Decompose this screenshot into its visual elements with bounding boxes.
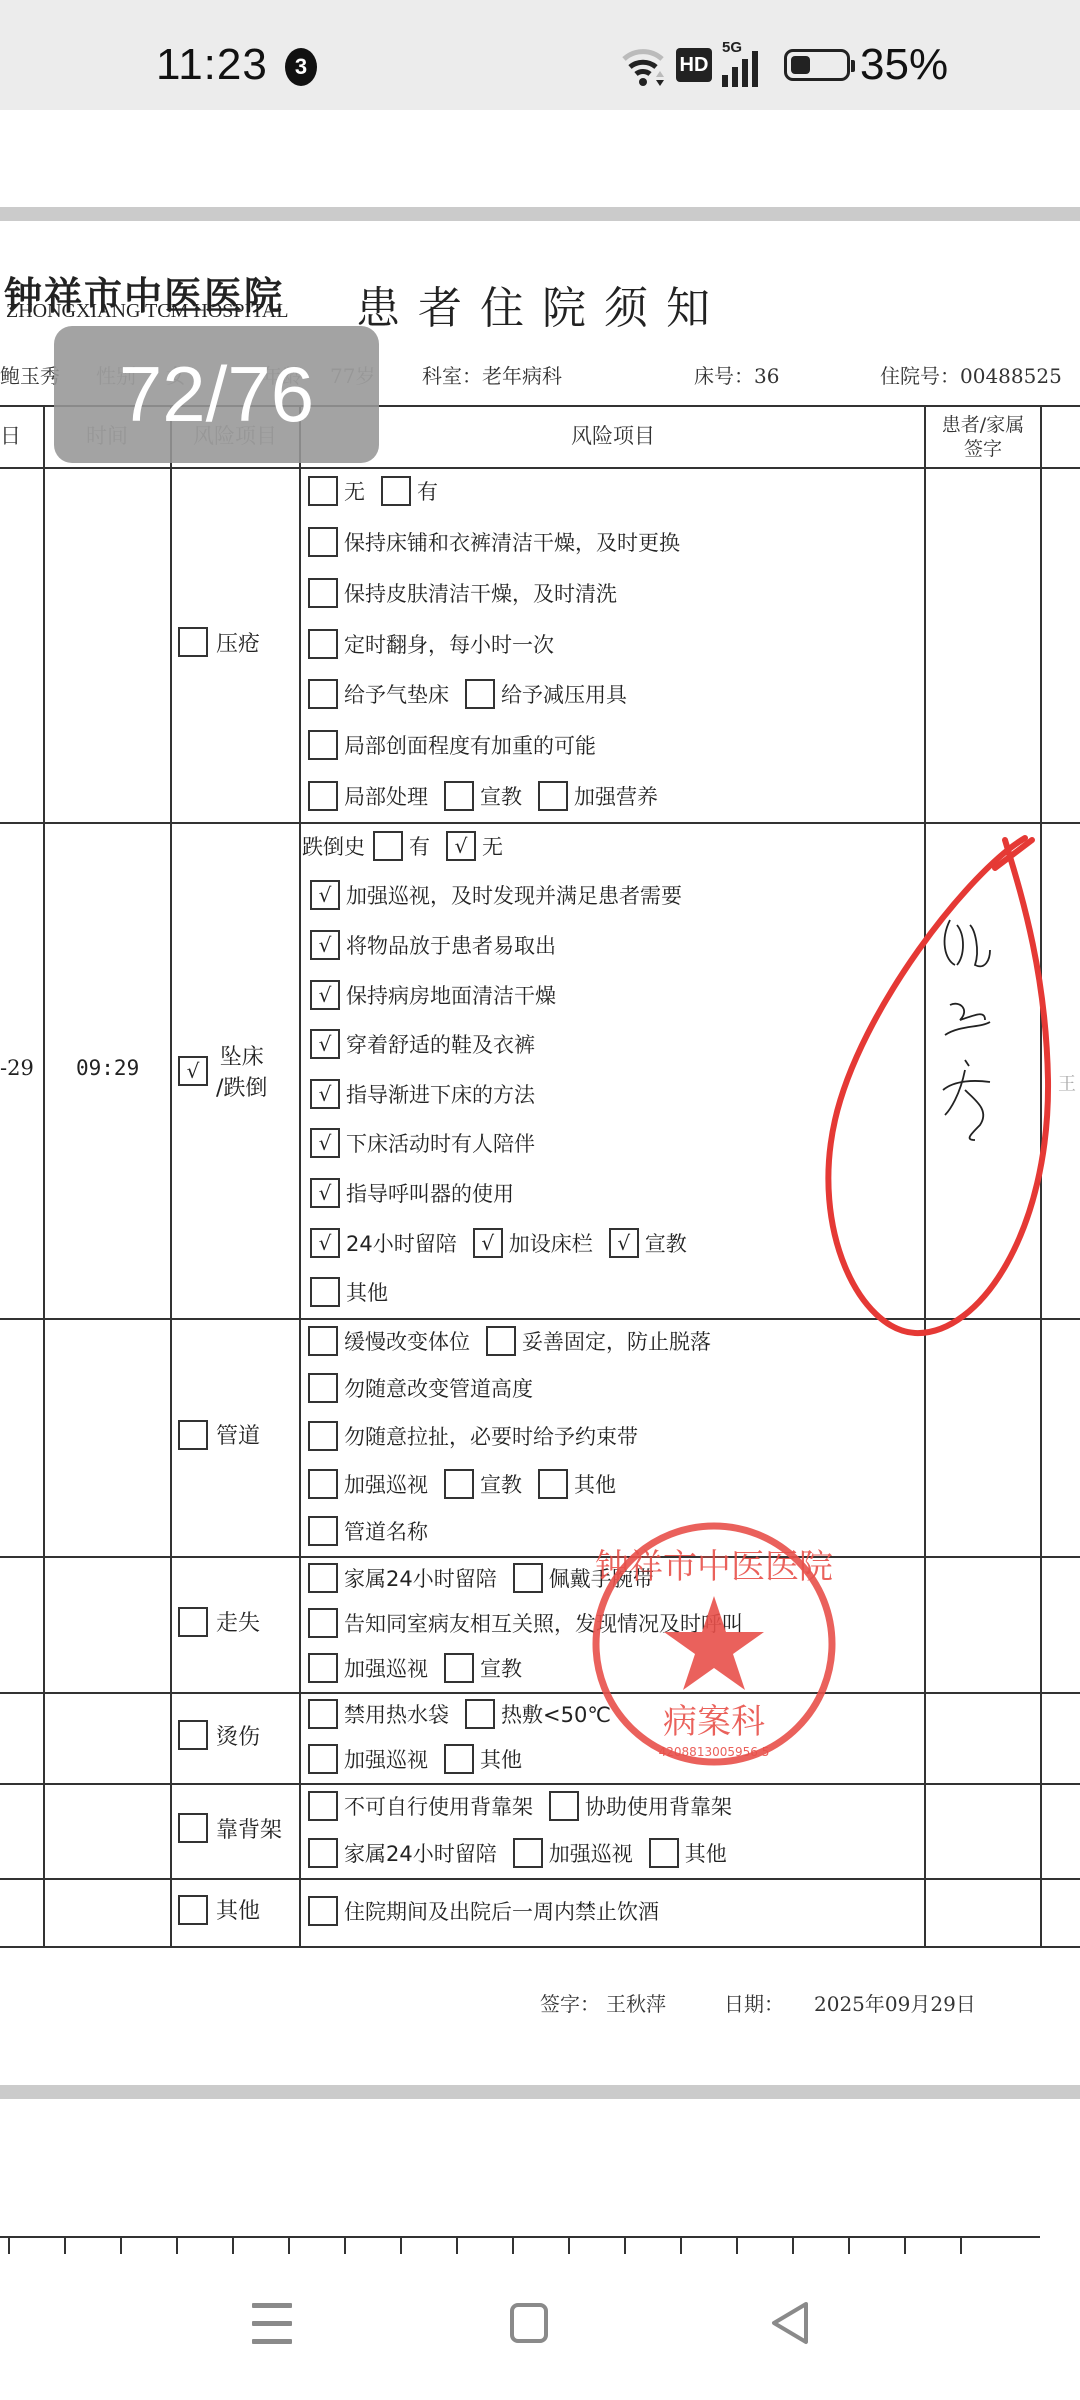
document-title: 患者住院须知 bbox=[356, 272, 728, 336]
svg-text:钟祥市中医医院: 钟祥市中医医院 bbox=[595, 1547, 833, 1587]
risk-measure-line: √24小时留陪√加设床栏√宣教 bbox=[310, 1228, 697, 1258]
date-label: 日期： bbox=[724, 1988, 784, 2017]
measure-checkbox[interactable] bbox=[381, 476, 411, 506]
status-icons: HD 5G 35% bbox=[620, 40, 948, 90]
category-label: 坠床/跌倒 bbox=[216, 1040, 267, 1102]
risk-category-1: √坠床/跌倒 bbox=[178, 1040, 267, 1102]
measure-checkbox[interactable] bbox=[308, 1469, 338, 1499]
measure-label: 妥善固定，防止脱落 bbox=[522, 1326, 711, 1356]
risk-measure-line: √下床活动时有人陪伴 bbox=[310, 1128, 545, 1158]
next-page-column-tick bbox=[512, 2236, 514, 2254]
menu-icon[interactable] bbox=[252, 2303, 292, 2343]
header-risk-items: 风险项目 bbox=[302, 420, 924, 450]
measure-checkbox[interactable] bbox=[444, 781, 474, 811]
next-page-column-tick bbox=[904, 2236, 906, 2254]
risk-measure-line: 加强巡视宣教其他 bbox=[308, 1469, 626, 1499]
measure-label: 管道名称 bbox=[344, 1516, 428, 1546]
measure-checkbox[interactable]: √ bbox=[310, 930, 340, 960]
risk-measure-line: 给予气垫床给予减压用具 bbox=[308, 679, 637, 709]
risk-measure-line: 加强巡视宣教 bbox=[308, 1653, 532, 1683]
measure-checkbox[interactable] bbox=[308, 1838, 338, 1868]
measure-label: 有 bbox=[417, 476, 438, 506]
measure-label: 加强巡视，及时发现并满足患者需要 bbox=[346, 880, 682, 910]
risk-measure-line: √加强巡视，及时发现并满足患者需要 bbox=[310, 880, 692, 910]
category-label: 走失 bbox=[216, 1606, 260, 1637]
measure-label: 加强营养 bbox=[574, 781, 658, 811]
measure-label: 24小时留陪 bbox=[346, 1228, 457, 1258]
measure-label: 其他 bbox=[685, 1838, 727, 1868]
measure-checkbox[interactable] bbox=[308, 476, 338, 506]
measure-checkbox[interactable] bbox=[308, 527, 338, 557]
measure-label: 家属24小时留陪 bbox=[344, 1838, 497, 1868]
next-page-column-tick bbox=[736, 2236, 738, 2254]
measure-checkbox[interactable] bbox=[538, 1469, 568, 1499]
svg-text:病案科: 病案科 bbox=[663, 1702, 765, 1742]
measure-label: 局部创面程度有加重的可能 bbox=[344, 730, 596, 760]
measure-checkbox[interactable]: √ bbox=[310, 1178, 340, 1208]
measure-checkbox[interactable] bbox=[308, 730, 338, 760]
page-separator-2 bbox=[0, 2085, 1080, 2099]
viewer-toolbar-area bbox=[0, 110, 1080, 207]
back-icon[interactable] bbox=[768, 2300, 812, 2346]
measure-label: 住院期间及出院后一周内禁止饮酒 bbox=[344, 1896, 659, 1926]
category-checkbox[interactable] bbox=[178, 1720, 208, 1750]
category-checkbox[interactable] bbox=[178, 627, 208, 657]
measure-checkbox[interactable] bbox=[308, 1516, 338, 1546]
measure-label: 保持皮肤清洁干燥，及时清洗 bbox=[344, 578, 617, 608]
measure-checkbox[interactable]: √ bbox=[310, 1228, 340, 1258]
measure-checkbox[interactable] bbox=[486, 1326, 516, 1356]
measure-label: 指导渐进下床的方法 bbox=[346, 1079, 535, 1109]
category-label: 压疮 bbox=[216, 627, 260, 658]
measure-checkbox[interactable] bbox=[308, 1896, 338, 1926]
measure-label: 将物品放于患者易取出 bbox=[346, 930, 556, 960]
measure-checkbox[interactable] bbox=[308, 1421, 338, 1451]
risk-measure-line: √指导渐进下床的方法 bbox=[310, 1079, 545, 1109]
measure-label: 加强巡视 bbox=[344, 1744, 428, 1774]
admission-number: 住院号：00488525 bbox=[880, 360, 1062, 389]
measure-checkbox[interactable]: √ bbox=[310, 880, 340, 910]
measure-label: 保持病房地面清洁干燥 bbox=[346, 980, 556, 1010]
risk-measure-line: 局部创面程度有加重的可能 bbox=[308, 730, 606, 760]
page-separator bbox=[0, 207, 1080, 221]
risk-measure-line: 局部处理宣教加强营养 bbox=[308, 781, 668, 811]
patient-name: 鲍玉秀 bbox=[0, 360, 60, 389]
measure-checkbox[interactable] bbox=[465, 679, 495, 709]
measure-label: 家属24小时留陪 bbox=[344, 1563, 497, 1593]
entry-date: -29 bbox=[0, 1056, 34, 1080]
measure-checkbox[interactable] bbox=[308, 629, 338, 659]
category-checkbox[interactable] bbox=[178, 1607, 208, 1637]
wifi-icon bbox=[620, 43, 666, 87]
measure-label: 宣教 bbox=[480, 1653, 522, 1683]
hd-voice-icon: HD bbox=[676, 48, 712, 82]
risk-measure-line: √将物品放于患者易取出 bbox=[310, 930, 566, 960]
measure-label: 给予气垫床 bbox=[344, 679, 449, 709]
measure-checkbox[interactable] bbox=[444, 1653, 474, 1683]
risk-measure-line: √穿着舒适的鞋及衣裤 bbox=[310, 1029, 545, 1059]
fall-history-label: 跌倒史 bbox=[302, 831, 365, 861]
hospital-name-en: ZHONGXIANG TCM HOSPITAL bbox=[6, 300, 288, 323]
measure-checkbox[interactable] bbox=[538, 781, 568, 811]
measure-checkbox[interactable] bbox=[308, 1744, 338, 1774]
measure-checkbox[interactable] bbox=[444, 1469, 474, 1499]
measure-label: 有 bbox=[409, 831, 430, 861]
measure-checkbox[interactable] bbox=[308, 679, 338, 709]
risk-measure-line: √指导呼叫器的使用 bbox=[310, 1178, 524, 1208]
next-page-column-tick bbox=[792, 2236, 794, 2254]
category-label: 靠背架 bbox=[216, 1813, 282, 1844]
measure-checkbox[interactable] bbox=[373, 831, 403, 861]
risk-category-3: 走失 bbox=[178, 1606, 260, 1637]
measure-label: 勿随意拉扯，必要时给予约束带 bbox=[344, 1421, 638, 1451]
nurse-signature: 王 bbox=[1058, 1070, 1076, 1096]
risk-category-4: 烫伤 bbox=[178, 1720, 260, 1751]
measure-label: 其他 bbox=[480, 1744, 522, 1774]
next-page-column-tick bbox=[288, 2236, 290, 2254]
measure-label: 穿着舒适的鞋及衣裤 bbox=[346, 1029, 535, 1059]
measure-checkbox[interactable]: √ bbox=[473, 1228, 503, 1258]
measure-checkbox[interactable] bbox=[308, 1653, 338, 1683]
measure-label: 勿随意改变管道高度 bbox=[344, 1373, 533, 1403]
page-indicator: 72/76 bbox=[54, 326, 379, 463]
category-label: 其他 bbox=[216, 1894, 260, 1925]
risk-category-0: 压疮 bbox=[178, 627, 260, 658]
measure-label: 无 bbox=[344, 476, 365, 506]
risk-measure-line: √保持病房地面清洁干燥 bbox=[310, 980, 566, 1010]
risk-measure-line: 勿随意改变管道高度 bbox=[308, 1373, 543, 1403]
next-page-column-tick bbox=[400, 2236, 402, 2254]
notification-badge: 3 bbox=[285, 48, 317, 86]
next-page-column-tick bbox=[64, 2236, 66, 2254]
risk-measure-line: 加强巡视其他 bbox=[308, 1744, 532, 1774]
hospital-seal-stamp: 钟祥市中医医院 病案科 4208813005956 5 bbox=[588, 1518, 840, 1770]
category-checkbox[interactable] bbox=[178, 1813, 208, 1843]
measure-checkbox[interactable]: √ bbox=[310, 1079, 340, 1109]
measure-checkbox[interactable]: √ bbox=[310, 1128, 340, 1158]
category-checkbox[interactable] bbox=[178, 1420, 208, 1450]
next-page-column-tick bbox=[680, 2236, 682, 2254]
next-page-column-tick bbox=[176, 2236, 178, 2254]
measure-checkbox[interactable] bbox=[549, 1791, 579, 1821]
risk-measure-line: 保持床铺和衣裤清洁干燥，及时更换 bbox=[308, 527, 690, 557]
nurse-signature-name: 王秋萍 bbox=[606, 1988, 666, 2017]
table-row-divider bbox=[0, 1878, 1080, 1880]
measure-label: 指导呼叫器的使用 bbox=[346, 1178, 514, 1208]
risk-measure-line: 勿随意拉扯，必要时给予约束带 bbox=[308, 1421, 648, 1451]
risk-measure-line: 其他 bbox=[310, 1277, 398, 1307]
measure-checkbox[interactable] bbox=[308, 578, 338, 608]
measure-label: 加设床栏 bbox=[509, 1228, 593, 1258]
risk-measure-line: 缓慢改变体位妥善固定，防止脱落 bbox=[308, 1326, 721, 1356]
measure-label: 无 bbox=[482, 831, 503, 861]
measure-label: 给予减压用具 bbox=[501, 679, 627, 709]
measure-checkbox[interactable] bbox=[444, 1744, 474, 1774]
battery-icon bbox=[784, 49, 850, 81]
measure-checkbox[interactable] bbox=[513, 1838, 543, 1868]
measure-label: 加强巡视 bbox=[344, 1653, 428, 1683]
risk-measure-line: 无有 bbox=[308, 476, 448, 506]
measure-label: 其他 bbox=[574, 1469, 616, 1499]
measure-label: 协助使用背靠架 bbox=[585, 1791, 732, 1821]
measure-checkbox[interactable] bbox=[310, 1277, 340, 1307]
measure-label: 加强巡视 bbox=[549, 1838, 633, 1868]
table-column-divider bbox=[170, 405, 172, 1946]
measure-label: 定时翻身，每小时一次 bbox=[344, 629, 554, 659]
nurse-signature-label: 签字： bbox=[540, 1988, 600, 2017]
next-page-column-tick bbox=[624, 2236, 626, 2254]
measure-checkbox[interactable]: √ bbox=[446, 831, 476, 861]
risk-measure-line: 住院期间及出院后一周内禁止饮酒 bbox=[308, 1896, 669, 1926]
table-row-divider bbox=[0, 1783, 1080, 1785]
measure-checkbox[interactable] bbox=[308, 1326, 338, 1356]
measure-label: 宣教 bbox=[480, 1469, 522, 1499]
measure-checkbox[interactable] bbox=[649, 1838, 679, 1868]
measure-checkbox[interactable] bbox=[465, 1699, 495, 1729]
table-row-divider bbox=[0, 1946, 1080, 1948]
risk-category-6: 其他 bbox=[178, 1894, 260, 1925]
next-page-column-tick bbox=[344, 2236, 346, 2254]
bed-number: 床号：36 bbox=[694, 360, 779, 389]
home-icon[interactable] bbox=[510, 2303, 548, 2343]
category-label: 烫伤 bbox=[216, 1720, 260, 1751]
status-time: 11:23 bbox=[156, 40, 268, 90]
measure-checkbox[interactable]: √ bbox=[609, 1228, 639, 1258]
header-patient-sign-1: 患者/家属 bbox=[926, 410, 1040, 437]
measure-label: 宣教 bbox=[645, 1228, 687, 1258]
risk-measure-line: 家属24小时留陪加强巡视其他 bbox=[308, 1838, 737, 1868]
header-patient-sign-2: 签字 bbox=[926, 434, 1040, 461]
next-page-column-tick bbox=[960, 2236, 962, 2254]
measure-label: 保持床铺和衣裤清洁干燥，及时更换 bbox=[344, 527, 680, 557]
risk-measure-line: 定时翻身，每小时一次 bbox=[308, 629, 564, 659]
department: 科室：老年病科 bbox=[422, 360, 562, 389]
measure-checkbox[interactable]: √ bbox=[310, 980, 340, 1010]
measure-label: 局部处理 bbox=[344, 781, 428, 811]
measure-checkbox[interactable] bbox=[308, 1563, 338, 1593]
measure-checkbox[interactable] bbox=[308, 1373, 338, 1403]
risk-measure-line: 跌倒史有√无 bbox=[302, 831, 513, 861]
measure-checkbox[interactable] bbox=[308, 1699, 338, 1729]
measure-label: 下床活动时有人陪伴 bbox=[346, 1128, 535, 1158]
next-page-column-tick bbox=[232, 2236, 234, 2254]
next-page-column-tick bbox=[568, 2236, 570, 2254]
measure-label: 其他 bbox=[346, 1277, 388, 1307]
risk-measure-line: 禁用热水袋热敷<50℃ bbox=[308, 1699, 621, 1729]
date-value: 2025年09月29日 bbox=[814, 1988, 976, 2017]
entry-time: 09:29 bbox=[76, 1056, 139, 1080]
table-row-divider bbox=[0, 467, 1080, 469]
table-column-divider bbox=[299, 405, 301, 1946]
risk-measure-line: 保持皮肤清洁干燥，及时清洗 bbox=[308, 578, 627, 608]
header-date: 日 bbox=[0, 420, 14, 450]
next-page-column-tick bbox=[120, 2236, 122, 2254]
measure-label: 缓慢改变体位 bbox=[344, 1326, 470, 1356]
category-checkbox[interactable]: √ bbox=[178, 1056, 208, 1086]
measure-checkbox[interactable] bbox=[308, 781, 338, 811]
next-page-column-tick bbox=[848, 2236, 850, 2254]
table-column-divider bbox=[43, 405, 45, 1946]
measure-checkbox[interactable] bbox=[308, 1608, 338, 1638]
svg-text:4208813005956 5: 4208813005956 5 bbox=[659, 1745, 770, 1759]
category-label: 管道 bbox=[216, 1419, 260, 1450]
measure-label: 加强巡视 bbox=[344, 1469, 428, 1499]
table-row-divider bbox=[0, 1556, 1080, 1558]
battery-percent: 35% bbox=[860, 40, 948, 90]
next-page-column-tick bbox=[456, 2236, 458, 2254]
measure-label: 禁用热水袋 bbox=[344, 1699, 449, 1729]
risk-measure-line: 管道名称 bbox=[308, 1516, 438, 1546]
next-page-column-tick bbox=[8, 2236, 10, 2254]
measure-checkbox[interactable] bbox=[308, 1791, 338, 1821]
risk-measure-line: 不可自行使用背靠架协助使用背靠架 bbox=[308, 1791, 742, 1821]
measure-checkbox[interactable]: √ bbox=[310, 1029, 340, 1059]
measure-checkbox[interactable] bbox=[513, 1563, 543, 1593]
measure-label: 不可自行使用背靠架 bbox=[344, 1791, 533, 1821]
next-page-line bbox=[0, 2236, 1040, 2238]
next-page-preview[interactable] bbox=[0, 2099, 1080, 2270]
measure-label: 宣教 bbox=[480, 781, 522, 811]
table-row-divider bbox=[0, 822, 1080, 824]
patient-handwritten-signature bbox=[935, 910, 1015, 1150]
risk-category-5: 靠背架 bbox=[178, 1813, 282, 1844]
category-checkbox[interactable] bbox=[178, 1895, 208, 1925]
cellular-signal-icon: 5G bbox=[722, 43, 774, 87]
risk-category-2: 管道 bbox=[178, 1419, 260, 1450]
table-row-divider bbox=[0, 1692, 1080, 1694]
